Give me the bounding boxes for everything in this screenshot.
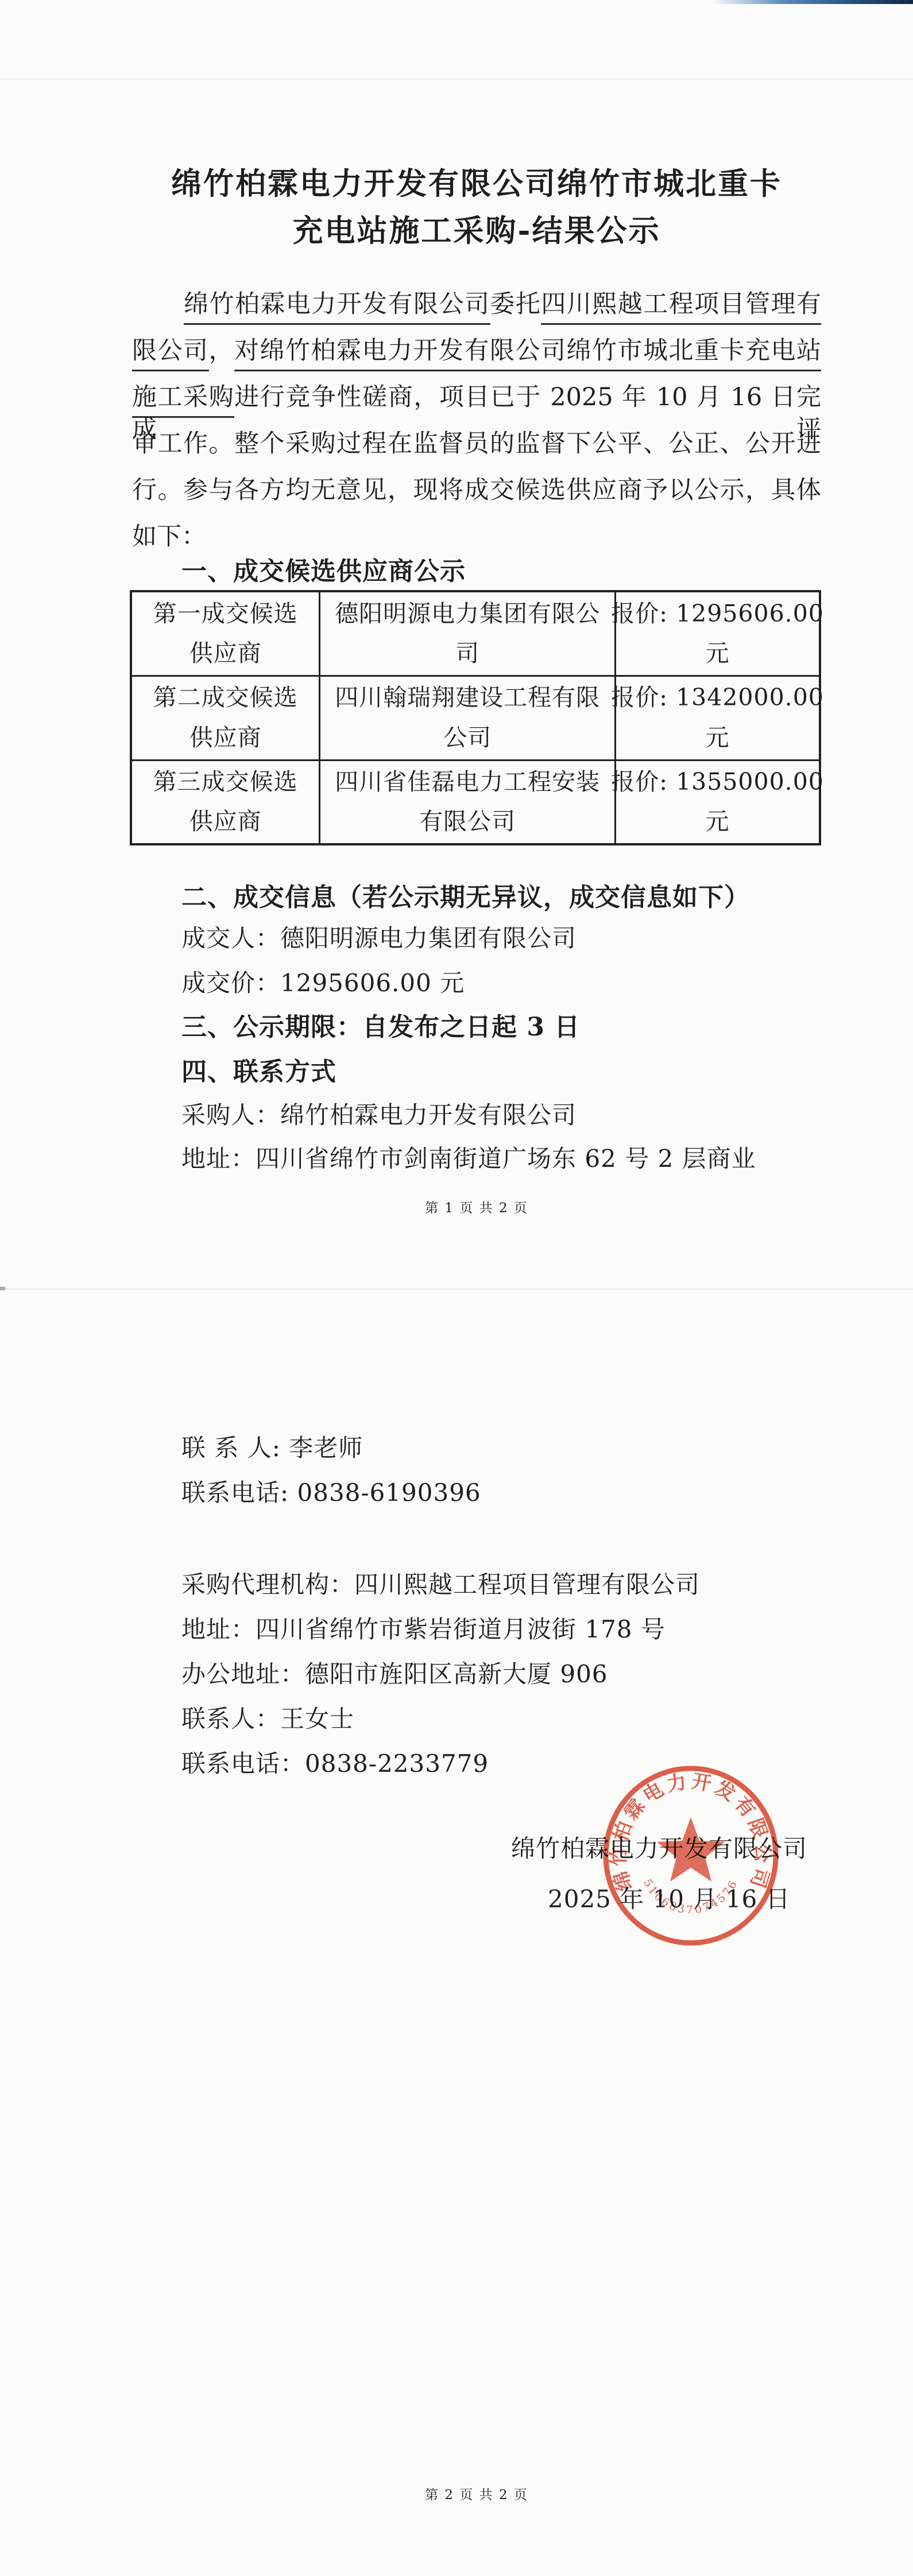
contact-name-line: 联 系 人: 李老师 [181, 1434, 363, 1462]
agency-line: 采购代理机构：四川熙越工程项目管理有限公司 [181, 1570, 700, 1599]
agency-office-line: 办公地址：德阳市旌阳区高新大厦 906 [181, 1660, 608, 1689]
winning-price-line: 成交价：1295606.00 元 [181, 969, 465, 998]
rank-line1: 第一成交候选 [153, 601, 298, 627]
rank-cell: 第二成交候选供应商 [132, 685, 319, 750]
section-heading-4: 四、联系方式 [181, 1057, 336, 1088]
rank-line1: 第三成交候选 [153, 769, 298, 795]
price-cell: 报价: 1342000.00元 [616, 685, 819, 750]
scanner-streak [712, 0, 913, 4]
agency-address-line: 地址：四川省绵竹市紫岩街道月波街 178 号 [181, 1615, 666, 1644]
page1-footer: 第 1 页 共 2 页 [132, 1197, 821, 1216]
rank-cell: 第一成交候选供应商 [132, 601, 319, 666]
supplier-line1: 四川翰瑞翔建设工程有限 [335, 685, 600, 711]
seal-star-icon [657, 1817, 725, 1881]
table-row: 第二成交候选供应商 四川翰瑞翔建设工程有限公司 报价: 1342000.00元 [131, 676, 820, 760]
page-title-line2: 充电站施工采购-结果公示 [132, 214, 821, 249]
paragraph-line: 绵竹柏霖电力开发有限公司委托四川熙越工程项目管理有 [132, 289, 821, 321]
table-row: 第一成交候选供应商 德阳明源电力集团有限公司 报价: 1295606.00元 [131, 591, 820, 676]
supplier-table: 第一成交候选供应商 德阳明源电力集团有限公司 报价: 1295606.00元 第… [130, 590, 821, 845]
supplier-line1: 四川省佳磊电力工程安装 [335, 769, 600, 795]
section-heading-3: 三、公示期限：自发布之日起 3 日 [181, 1012, 580, 1043]
supplier-line2: 公司 [443, 725, 492, 751]
supplier-line1: 德阳明源电力集团有限公 [335, 601, 600, 627]
seal-serial-number: 5106837074576 [641, 1877, 741, 1916]
section-heading-2: 二、成交信息（若公示期无异议，成交信息如下） [181, 883, 750, 913]
price-cell: 报价: 1295606.00元 [616, 601, 819, 666]
table-row: 第三成交候选供应商 四川省佳磊电力工程安装有限公司 报价: 1355000.00… [131, 760, 820, 844]
paragraph-line: 审工作。整个采购过程在监督员的监督下公平、公正、公开进 [132, 428, 821, 460]
price-line1: 报价: 1295606.00 [611, 601, 824, 627]
paragraph-line: 如下： [132, 521, 821, 553]
price-cell: 报价: 1355000.00元 [616, 769, 819, 835]
paragraph-text: 委托 [490, 290, 541, 319]
scan-edge-line [0, 79, 913, 80]
supplier-cell: 德阳明源电力集团有限公司 [320, 601, 614, 666]
underlined-agency: 四川熙越工程项目管理有 [541, 290, 821, 325]
winner-line: 成交人：德阳明源电力集团有限公司 [181, 924, 577, 953]
price-line2: 元 [706, 725, 730, 751]
rank-line2: 供应商 [189, 725, 262, 751]
rank-line2: 供应商 [189, 809, 262, 835]
page-seam [0, 1289, 913, 1290]
supplier-cell: 四川省佳磊电力工程安装有限公司 [320, 769, 614, 835]
rank-cell: 第三成交候选供应商 [132, 769, 319, 835]
document-scan: { "colors": { "stamp_red": "#d8452f", "t… [0, 0, 913, 2576]
section-heading-1: 一、成交候选供应商公示 [181, 557, 466, 587]
paragraph-line: 限公司，对绵竹柏霖电力开发有限公司绵竹市城北重卡充电站 [132, 335, 821, 367]
buyer-line: 采购人：绵竹柏霖电力开发有限公司 [181, 1101, 577, 1130]
paragraph-text: ， [209, 336, 235, 365]
svg-text:5106837074576: 5106837074576 [641, 1877, 741, 1916]
paragraph-line: 行。参与各方均无意见，现将成交候选供应商予以公示，具体 [132, 475, 821, 507]
underlined-agency: 限公司 [132, 336, 209, 371]
rank-line1: 第二成交候选 [153, 685, 298, 711]
buyer-address-line: 地址：四川省绵竹市剑南街道广场东 62 号 2 层商业 [181, 1145, 756, 1173]
price-line1: 报价: 1342000.00 [611, 685, 824, 711]
underlined-company: 绵竹柏霖电力开发有限公司 [184, 290, 490, 325]
contact-phone-line: 联系电话: 0838-6190396 [181, 1479, 481, 1507]
supplier-cell: 四川翰瑞翔建设工程有限公司 [320, 685, 614, 750]
company-seal-stamp: 绵竹柏霖电力开发有限公司 5106837074576 [597, 1761, 784, 1950]
seam-notch [0, 1287, 5, 1290]
underlined-project: 施工采购 [132, 383, 234, 418]
supplier-line2: 司 [455, 641, 479, 666]
price-line2: 元 [706, 809, 730, 835]
page-title-line1: 绵竹柏霖电力开发有限公司绵竹市城北重卡 [132, 166, 821, 201]
agency-contact-line: 联系人：王女士 [181, 1705, 354, 1733]
agency-phone-line: 联系电话：0838-2233779 [181, 1749, 489, 1778]
rank-line2: 供应商 [189, 641, 262, 666]
underlined-project: 对绵竹柏霖电力开发有限公司绵竹市城北重卡充电站 [234, 336, 821, 371]
page2-footer: 第 2 页 共 2 页 [132, 2484, 821, 2503]
supplier-line2: 有限公司 [419, 809, 516, 835]
price-line2: 元 [706, 641, 730, 666]
price-line1: 报价: 1355000.00 [611, 769, 824, 795]
